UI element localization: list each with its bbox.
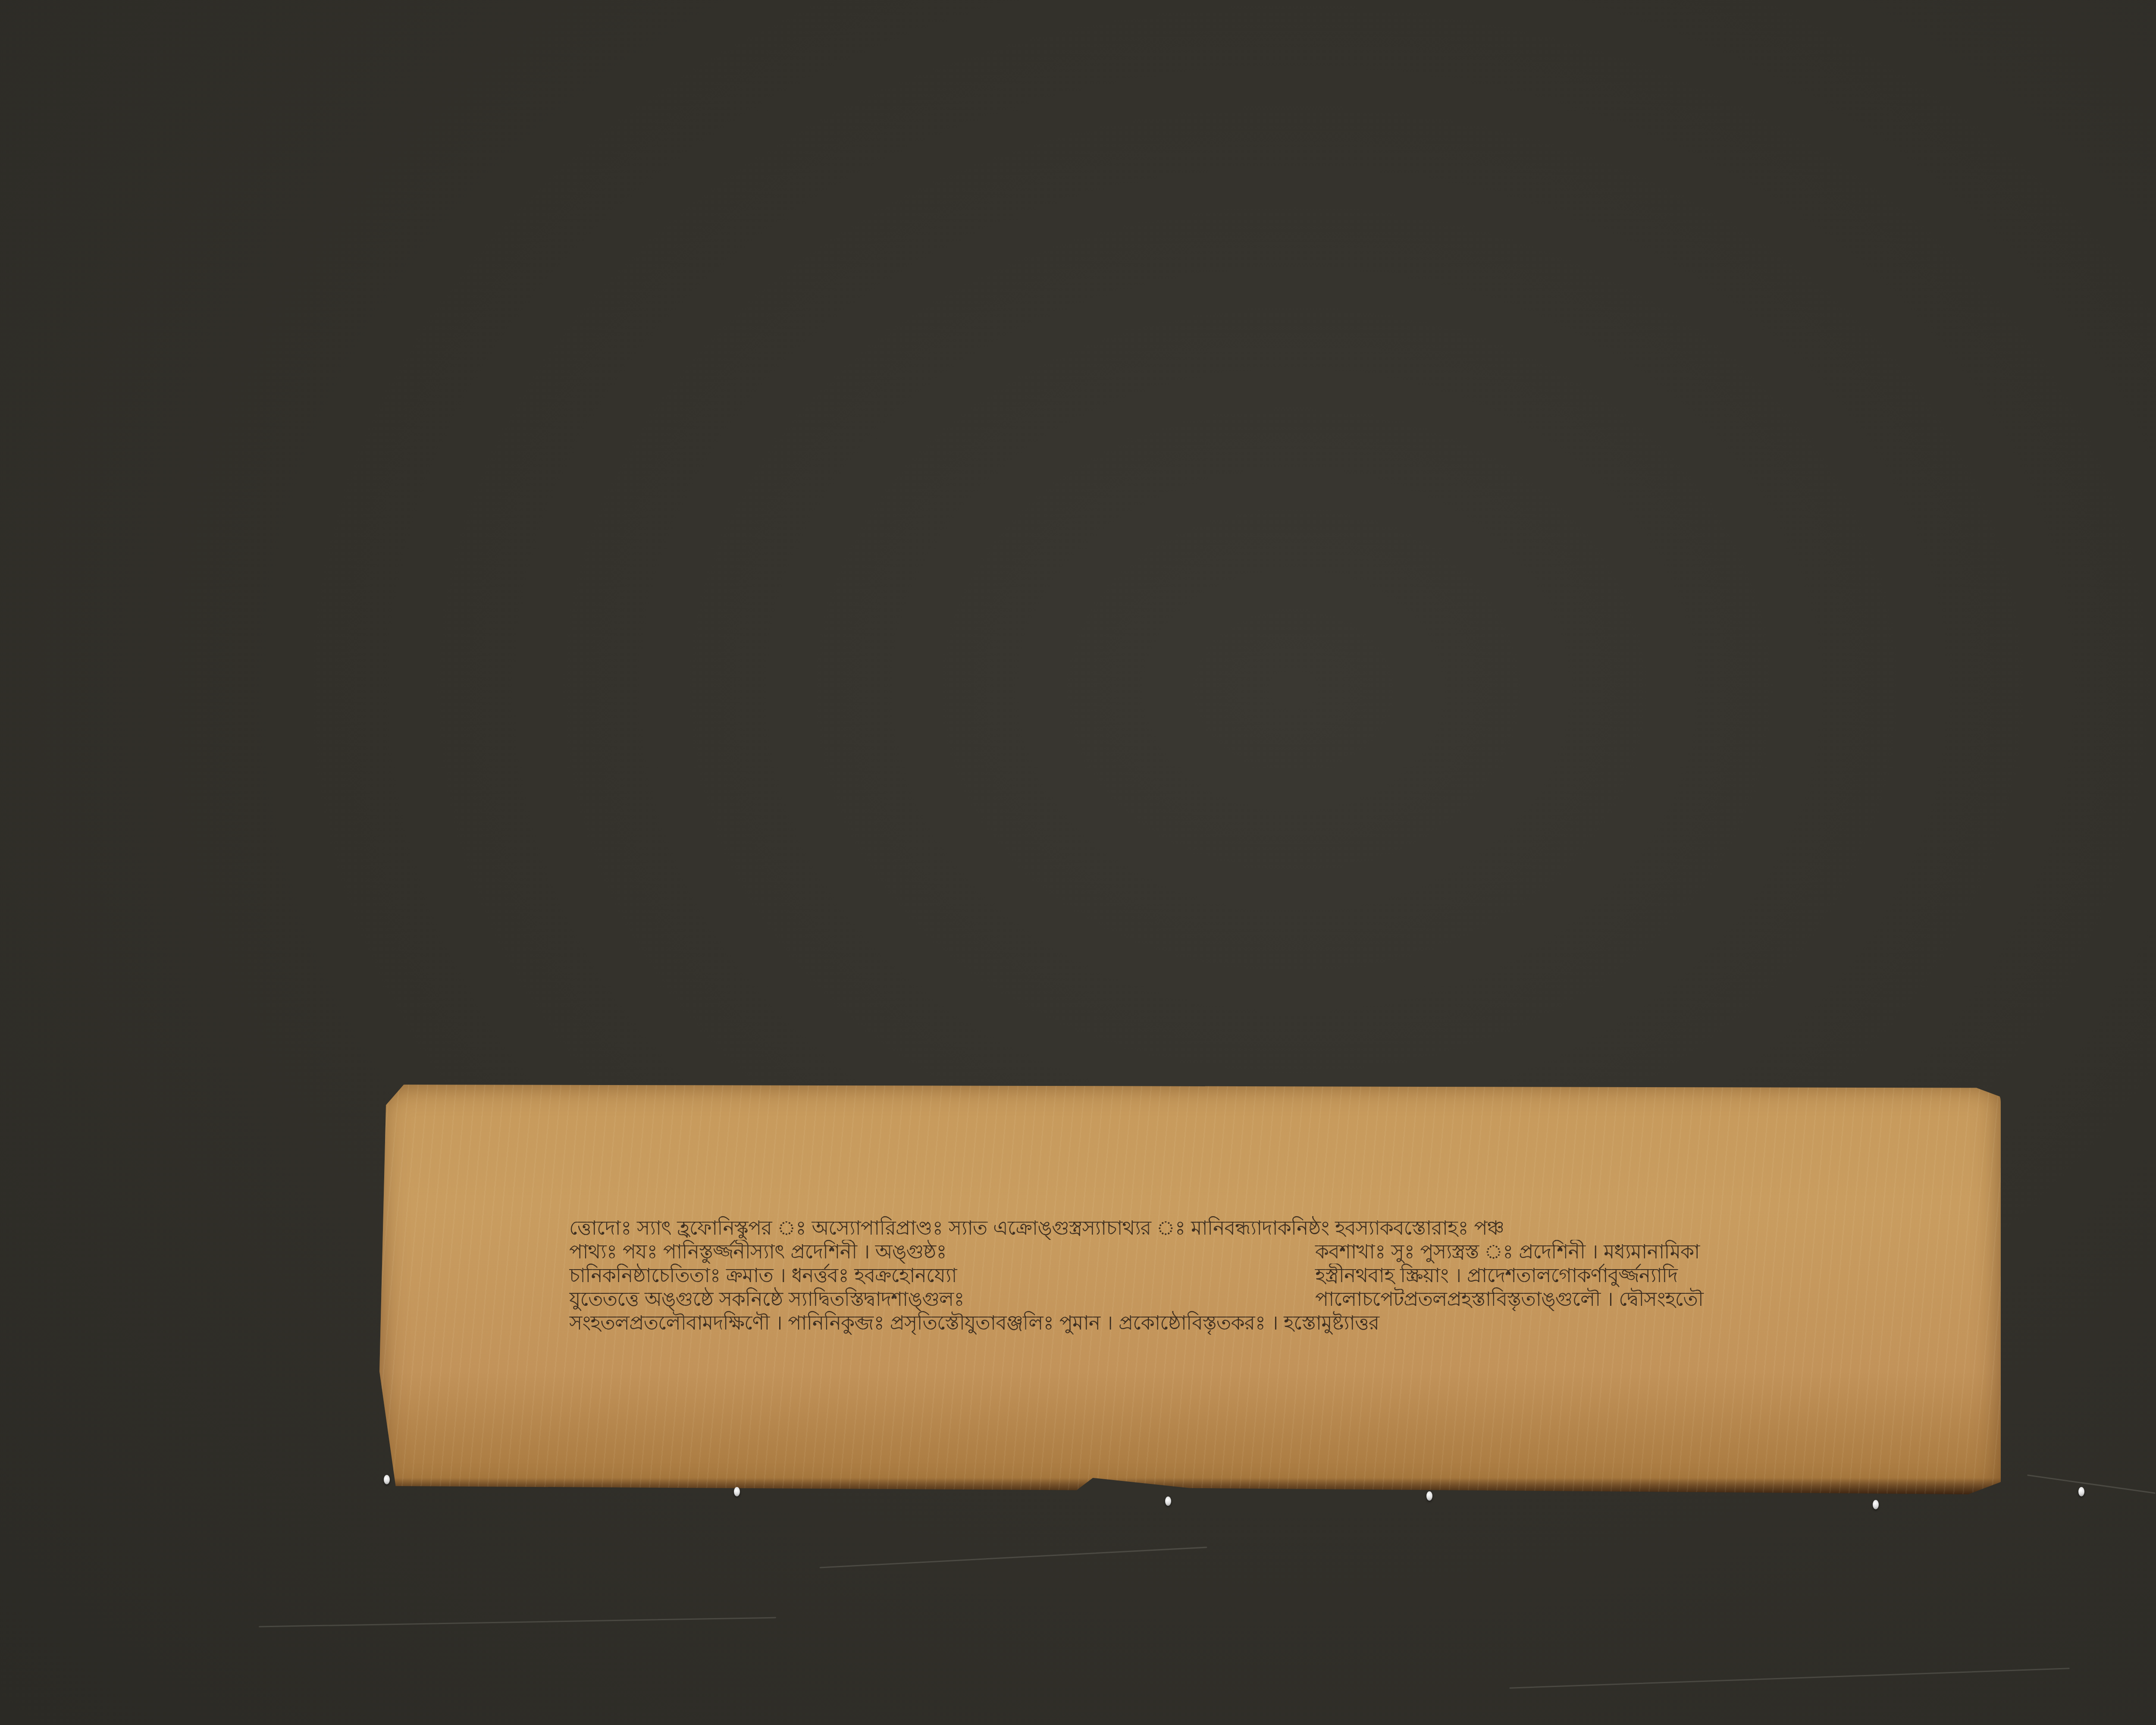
board-scratch [259, 1617, 776, 1628]
manuscript-line: পাথ্যঃ পযঃ পানিস্তুর্জ্জনীস্যাৎ প্রদেশিন… [569, 1240, 1846, 1264]
board-scratch [820, 1546, 1207, 1568]
mounting-pin [1165, 1496, 1171, 1506]
mounting-pin [1426, 1491, 1432, 1501]
line-text-left: পাথ্যঃ পযঃ পানিস্তুর্জ্জনীস্যাৎ প্রদেশিন… [569, 1240, 946, 1264]
mounting-board: ত্তোদোঃ স্যাৎ হ্রফোনিস্কুপর ঃ অস্যোপারিপ… [0, 0, 2156, 1725]
board-scratch [2027, 1474, 2155, 1494]
manuscript-text: ত্তোদোঃ স্যাৎ হ্রফোনিস্কুপর ঃ অস্যোপারিপ… [569, 1216, 1846, 1335]
mounting-pin [1873, 1500, 1879, 1509]
manuscript-line: সংহতলপ্রতলৌবামদক্ষিণৌ । পানিনিকুব্জঃ প্র… [569, 1311, 1846, 1335]
manuscript-line: ত্তোদোঃ স্যাৎ হ্রফোনিস্কুপর ঃ অস্যোপারিপ… [569, 1216, 1846, 1240]
manuscript-line: যুতেতত্তে অঙ্গুষ্ঠে সকনিষ্ঠে স্যাদ্বিতস্… [569, 1287, 1846, 1311]
board-scratch [1509, 1668, 2069, 1688]
mounting-pin [734, 1487, 740, 1496]
line-text: সংহতলপ্রতলৌবামদক্ষিণৌ । পানিনিকুব্জঃ প্র… [569, 1311, 1379, 1335]
line-text-right: হস্ত্রীনথবাহ স্ক্রিয়াং । প্রাদেশতালগোকর… [1315, 1264, 1677, 1287]
manuscript-line: চানিকনিষ্ঠাচেতিতাঃ ক্রমাত । ধনর্ত্তবঃ হব… [569, 1264, 1846, 1287]
line-text-right: কবশাখাঃ সুঃ পুস্যস্ত্রস্ত ঃ প্রদেশিনী । … [1315, 1240, 1699, 1264]
line-text-left: যুতেতত্তে অঙ্গুষ্ঠে সকনিষ্ঠে স্যাদ্বিতস্… [569, 1287, 964, 1311]
line-text: ত্তোদোঃ স্যাৎ হ্রফোনিস্কুপর ঃ অস্যোপারিপ… [569, 1216, 1504, 1240]
mounting-pin [2078, 1487, 2084, 1496]
line-text-left: চানিকনিষ্ঠাচেতিতাঃ ক্রমাত । ধনর্ত্তবঃ হব… [569, 1264, 957, 1287]
line-text-right: পালোচপেটপ্রতলপ্রহস্তাবিস্তৃতাঙ্গুলৌ । দ্… [1315, 1287, 1703, 1311]
manuscript-folio: ত্তোদোঃ স্যাৎ হ্রফোনিস্কুপর ঃ অস্যোপারিপ… [379, 1085, 2001, 1494]
mounting-pin [384, 1475, 390, 1484]
